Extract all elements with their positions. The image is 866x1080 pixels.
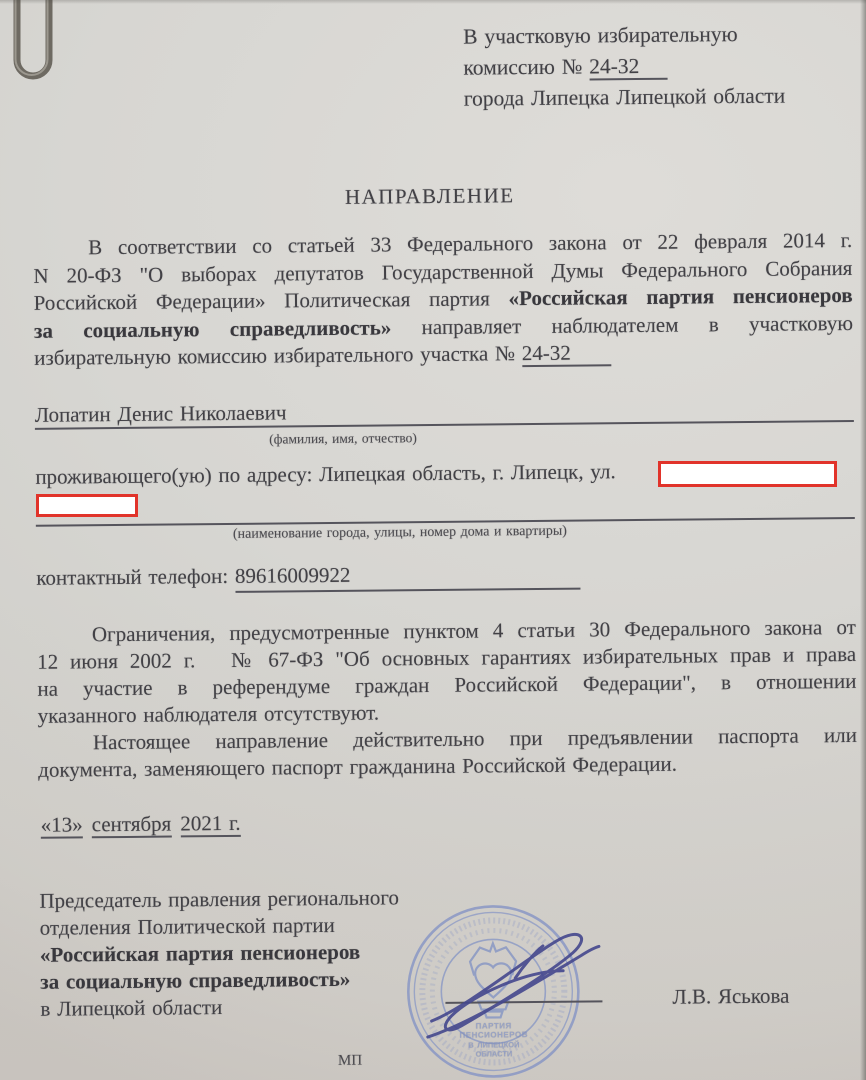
recipient-line2: комиссию № 24-32: [463, 49, 855, 84]
phone-label: контактный телефон:: [36, 564, 235, 590]
party-name-bold-2: за социальную справедливость»: [34, 315, 392, 342]
phone-value: 89616009922: [235, 560, 580, 593]
precinct-number-value: 24-32: [522, 340, 611, 367]
p1-line3-normal: Российской Федерации» Политическая парти…: [34, 286, 509, 315]
paperclip: [4, 0, 62, 96]
date-month-value: сентября: [92, 812, 172, 839]
address-label: проживающего(ую) по адресу:: [35, 462, 319, 489]
party-name-bold-1: «Российская партия пенсионеров: [508, 283, 852, 310]
p1-line4-normal: направляет наблюдателем в участковую: [391, 310, 853, 338]
paragraph-validity: Настоящее направление действительно при …: [38, 722, 857, 784]
redaction-box-house: [36, 494, 138, 517]
name-field-caption: (фамилия, имя, отчество): [35, 428, 651, 450]
recipient-commission-label: комиссию №: [463, 54, 589, 79]
seal-place-mark: МП: [338, 1048, 362, 1076]
phone-line: контактный телефон: 89616009922: [36, 560, 580, 595]
recipient-line3: города Липецка Липецкой области: [464, 80, 856, 115]
stamp-text-4: ОБЛАСТИ: [476, 1049, 513, 1058]
redaction-box-street: [658, 461, 837, 487]
commission-number-value: 24-32: [589, 54, 667, 81]
observer-name-value: Лопатин Денис Николаевич: [35, 400, 287, 426]
handwritten-signature: [419, 913, 615, 1045]
document-title: НАПРАВЛЕНИЕ: [0, 179, 863, 215]
date-line: «13»сентября2021 г.: [41, 810, 241, 839]
address-value: Липецкая область, г. Липецк, ул.: [319, 459, 616, 486]
date-year-value: 2021 г.: [180, 811, 240, 838]
date-day-value: «13»: [41, 812, 83, 838]
document-sheet: В участковую избирательную комиссию № 24…: [0, 0, 866, 1080]
recipient-line1: В участковую избирательную: [463, 18, 855, 53]
address-line: проживающего(ую) по адресу: Липецкая обл…: [35, 458, 675, 492]
paragraph-legal-basis: В соответствии со статьей 33 Федеральног…: [33, 227, 853, 372]
p1-line5-normal: избирательную комиссию избирательного уч…: [34, 341, 522, 370]
observer-name-field: Лопатин Денис Николаевич: [35, 394, 854, 430]
paragraph-restrictions: Ограничения, предусмотренные пунктом 4 с…: [37, 614, 857, 730]
document-photo: В участковую избирательную комиссию № 24…: [0, 0, 866, 1080]
recipient-block: В участковую избирательную комиссию № 24…: [463, 18, 856, 115]
signer-name: Л.В. Яськова: [672, 983, 789, 1012]
address-field-caption: (наименование города, улицы, номер дома …: [120, 523, 680, 544]
